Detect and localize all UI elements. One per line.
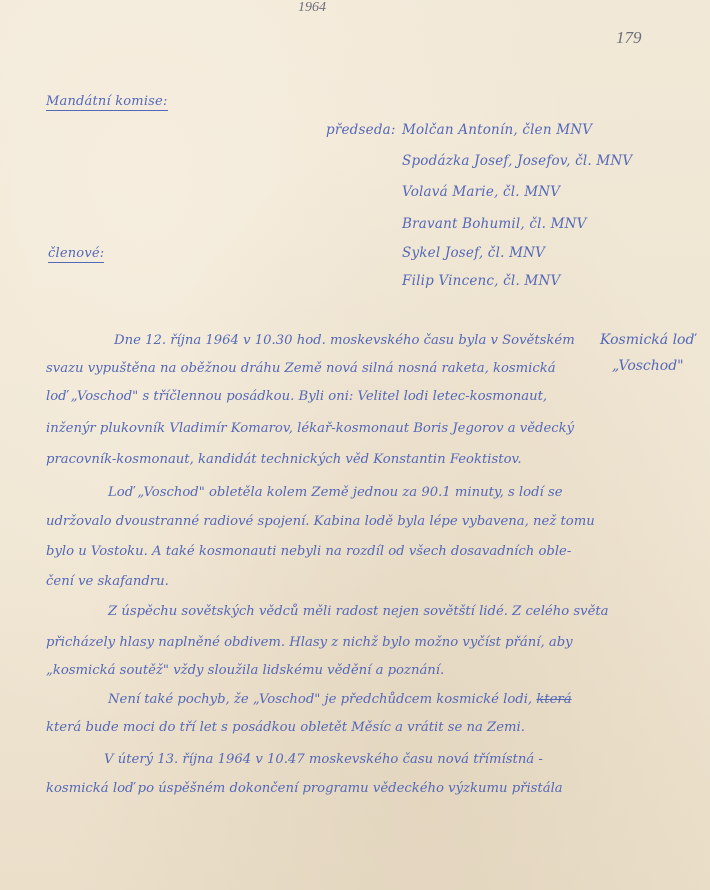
chronicle-page: 1964 179 Mandátní komise: předseda: Molč… — [0, 0, 710, 890]
member-chair: Molčan Antonín, člen MNV — [402, 122, 592, 138]
member-line: Sykel Josef, čl. MNV — [402, 245, 545, 261]
body-line: pracovník-kosmonaut, kandidát technickýc… — [46, 452, 522, 467]
body-line: Loď „Voschod" obletěla kolem Země jednou… — [108, 485, 563, 500]
body-line: bylo u Vostoku. A také kosmonauti nebyli… — [46, 544, 571, 559]
body-line: „kosmická soutěž" vždy sloužila lidskému… — [46, 663, 444, 678]
chair-label: předseda: — [326, 122, 396, 138]
page-number: 179 — [616, 28, 642, 48]
body-line: která bude moci do tří let s posádkou ob… — [46, 720, 525, 735]
body-line: Z úspěchu sovětských vědců měli radost n… — [108, 604, 609, 619]
struck-word: která — [536, 692, 571, 707]
member-line: Volavá Marie, čl. MNV — [402, 184, 560, 200]
margin-note-line: Kosmická loď — [600, 327, 694, 353]
body-line-text: Není také pochyb, že „Voschod" je předch… — [108, 692, 532, 707]
body-line: přicházely hlasy naplněné obdivem. Hlasy… — [46, 635, 573, 650]
body-line: V úterý 13. října 1964 v 10.47 moskevské… — [104, 752, 543, 767]
body-line: loď „Voschod" s tříčlennou posádkou. Byl… — [46, 389, 547, 404]
member-line: Spodázka Josef, Josefov, čl. MNV — [402, 153, 632, 169]
commission-heading: Mandátní komise: — [46, 94, 168, 111]
year-pencil-note: 1964 — [298, 0, 326, 16]
body-line: Není také pochyb, že „Voschod" je předch… — [108, 692, 572, 707]
body-line: Dne 12. října 1964 v 10.30 hod. moskevsk… — [114, 333, 575, 348]
member-line: Bravant Bohumil, čl. MNV — [402, 216, 587, 232]
member-line: Filip Vincenc, čl. MNV — [402, 273, 560, 289]
body-line: udržovalo dvoustranné radiové spojení. K… — [46, 514, 595, 529]
body-line: čení ve skafandru. — [46, 574, 169, 589]
body-line: inženýr plukovník Vladimír Komarov, léka… — [46, 421, 574, 436]
margin-note: Kosmická loď „Voschod" — [600, 327, 694, 379]
margin-note-line: „Voschod" — [600, 353, 694, 379]
body-line: svazu vypuštěna na oběžnou dráhu Země no… — [46, 361, 556, 376]
members-label: členové: — [48, 246, 104, 263]
body-line: kosmická loď po úspěšném dokončení progr… — [46, 781, 563, 796]
